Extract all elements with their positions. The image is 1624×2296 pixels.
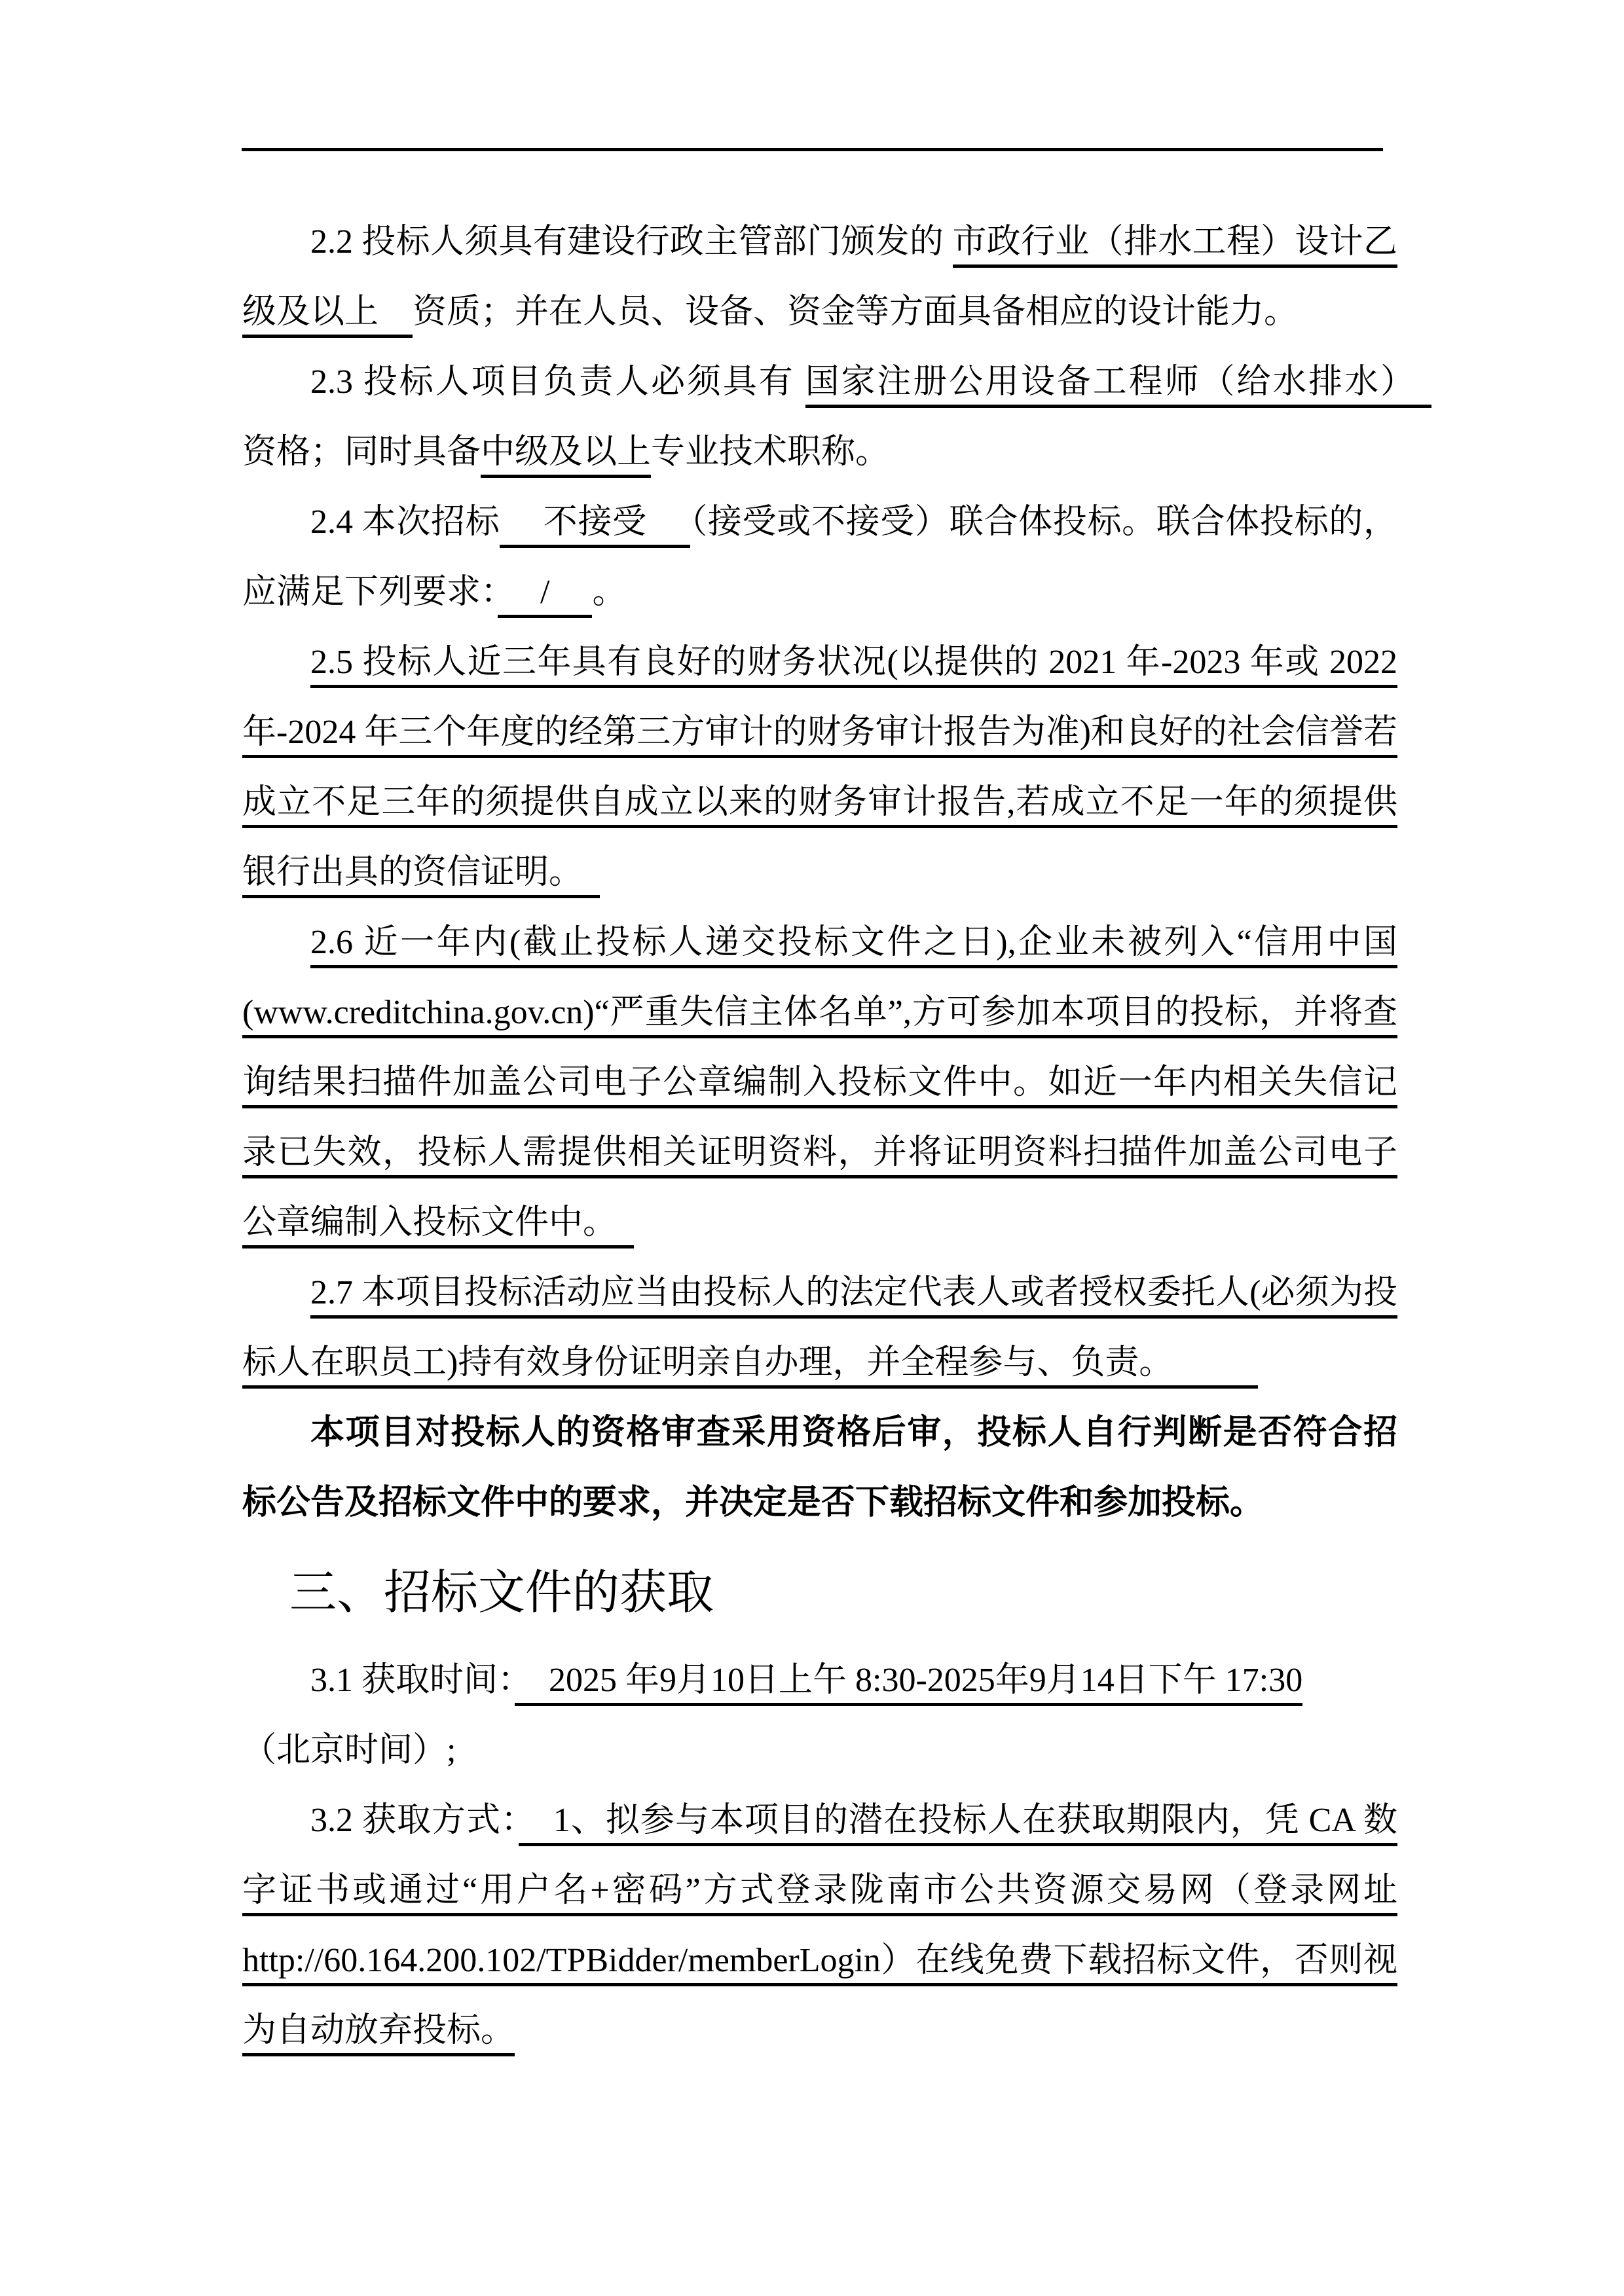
clause-2-4-underlined-value-2: / <box>498 574 592 618</box>
clause-2-6: 2.6 近一年内(截止投标人递交投标文件之日),企业未被列入“信用中国(www.… <box>242 907 1397 1258</box>
clause-2-2: 2.2 投标人须具有建设行政主管部门颁发的 市政行业（排水工程）设计乙级及以上 … <box>242 207 1397 347</box>
document-page: 2.2 投标人须具有建设行政主管部门颁发的 市政行业（排水工程）设计乙级及以上 … <box>0 0 1624 2296</box>
clause-2-7-underlined-text: 2.7 本项目投标活动应当由投标人的法定代表人或者授权委托人(必须为投标人在职员… <box>242 1274 1397 1389</box>
section-3-heading: 三、招标文件的获取 <box>242 1547 1397 1639</box>
clause-2-4-pre-text: 2.4 本次招标 <box>310 503 500 541</box>
clause-3-1: 3.1 获取时间： 2025 年9月10日上午 8:30-2025年9月14日下… <box>242 1645 1397 1715</box>
qualification-review-note-text: 本项目对投标人的资格审查采用资格后审，投标人自行判断是否符合招标公告及招标文件中… <box>242 1414 1397 1522</box>
clause-3-2-pre-text: 3.2 获取方式： <box>310 1802 519 1839</box>
clause-2-3-mid-text: 资格；同时具备 <box>242 433 481 471</box>
document-body: 2.2 投标人须具有建设行政主管部门颁发的 市政行业（排水工程）设计乙级及以上 … <box>242 207 1397 2066</box>
clause-3-2: 3.2 获取方式： 1、拟参与本项目的潜在投标人在获取期限内，凭 CA 数字证书… <box>242 1785 1397 2066</box>
clause-2-7: 2.7 本项目投标活动应当由投标人的法定代表人或者授权委托人(必须为投标人在职员… <box>242 1258 1397 1398</box>
clause-3-1-continuation-text: （北京时间）; <box>242 1732 456 1769</box>
page-header-rule <box>242 148 1383 151</box>
clause-2-4-post-text: 。 <box>592 574 626 611</box>
clause-2-3: 2.3 投标人项目负责人必须具有 国家注册公用设备工程师（给水排水） 资格；同时… <box>242 347 1397 487</box>
clause-2-3-pre-text: 2.3 投标人项目负责人必须具有 <box>310 363 805 401</box>
clause-2-5-underlined-text: 2.5 投标人近三年具有良好的财务状况(以提供的 2021 年-2023 年或 … <box>242 644 1397 898</box>
clause-3-1-pre-text: 3.1 获取时间： <box>310 1662 515 1699</box>
clause-2-4-underlined-value-1: 不接受 <box>500 503 690 548</box>
clause-2-3-post-text: 专业技术职称。 <box>651 433 889 471</box>
clause-2-3-underlined-value-1: 国家注册公用设备工程师（给水排水） <box>805 363 1431 408</box>
clause-2-2-post-text: 资质；并在人员、设备、资金等方面具备相应的设计能力。 <box>413 293 1298 331</box>
clause-2-2-pre-text: 2.2 投标人须具有建设行政主管部门颁发的 <box>310 223 953 261</box>
clause-3-1-underlined-value: 2025 年9月10日上午 8:30-2025年9月14日下午 17:30 <box>515 1662 1302 1706</box>
clause-2-3-underlined-value-2: 中级及以上 <box>481 433 651 478</box>
clause-2-6-underlined-text: 2.6 近一年内(截止投标人递交投标文件之日),企业未被列入“信用中国(www.… <box>242 924 1397 1248</box>
qualification-review-note: 本项目对投标人的资格审查采用资格后审，投标人自行判断是否符合招标公告及招标文件中… <box>242 1398 1397 1538</box>
clause-3-2-underlined-value: 1、拟参与本项目的潜在投标人在获取期限内，凭 CA 数字证书或通过“用户名+密码… <box>242 1802 1397 2056</box>
clause-2-5: 2.5 投标人近三年具有良好的财务状况(以提供的 2021 年-2023 年或 … <box>242 627 1397 907</box>
clause-3-1-continuation: （北京时间）; <box>242 1715 1397 1785</box>
clause-2-4: 2.4 本次招标 不接受 （接受或不接受）联合体投标。联合体投标的，应满足下列要… <box>242 487 1397 627</box>
